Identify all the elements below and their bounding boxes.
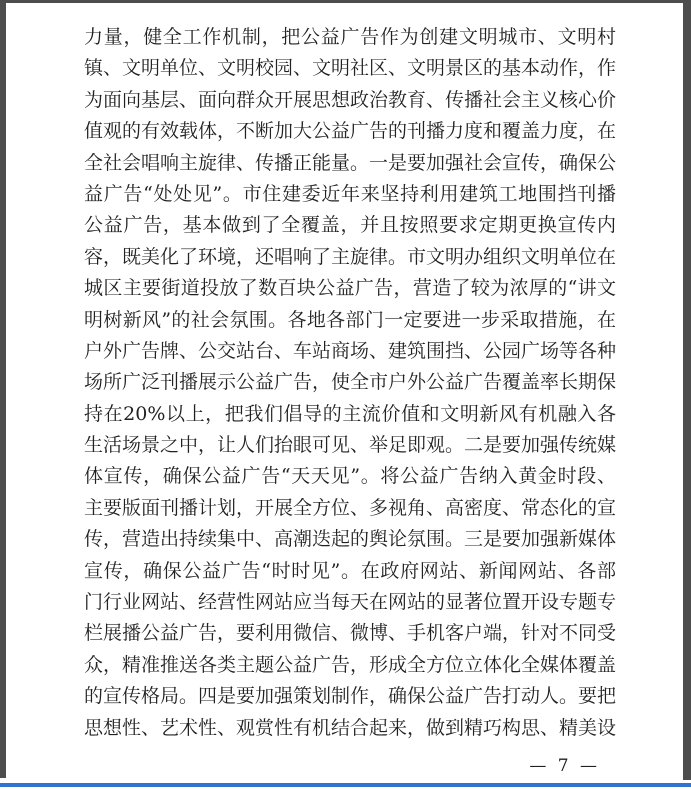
- text-line: 值观的有效载体，不断加大公益广告的刊播力度和覆盖力度，在: [84, 116, 616, 147]
- text-line: 镇、文明单位、文明校园、文明社区、文明景区的基本动作，作: [84, 53, 616, 84]
- page-edge-top: [0, 0, 691, 3]
- text-line: 体宣传，确保公益广告“天天见”。将公益广告纳入黄金时段、: [84, 461, 616, 492]
- text-line: 栏展播公益广告，要利用微信、微博、手机客户端，针对不同受: [84, 618, 616, 649]
- page-shadow-right: [683, 0, 691, 780]
- text-line: 持在20%以上，把我们倡导的主流价值和文明新风有机融入各类: [84, 399, 616, 430]
- page-number: — 7 —: [529, 756, 600, 776]
- text-line: 宣传，确保公益广告“时时见”。在政府网站、新闻网站、各部: [84, 556, 616, 587]
- text-line: 主要版面刊播计划，开展全方位、多视角、高密度、常态化的宣: [84, 493, 616, 524]
- text-line: 为面向基层、面向群众开展思想政治教育、传播社会主义核心价: [84, 85, 616, 116]
- text-line: 力量，健全工作机制，把公益广告作为创建文明城市、文明村: [84, 22, 616, 53]
- document-page: 力量，健全工作机制，把公益广告作为创建文明城市、文明村镇、文明单位、文明校园、文…: [0, 0, 691, 790]
- text-line: 户外广告牌、公交站台、车站商场、建筑围挡、公园广场等各种: [84, 336, 616, 367]
- text-line: 公益广告，基本做到了全覆盖，并且按照要求定期更换宣传内: [84, 210, 616, 241]
- bottom-blue-line: [0, 783, 691, 787]
- body-text: 力量，健全工作机制，把公益广告作为创建文明城市、文明村镇、文明单位、文明校园、文…: [84, 22, 616, 744]
- text-line: 全社会唱响主旋律、传播正能量。一是要加强社会宣传，确保公: [84, 148, 616, 179]
- text-line: 门行业网站、经营性网站应当每天在网站的显著位置开设专题专: [84, 587, 616, 618]
- text-line: 明树新风”的社会氛围。各地各部门一定要进一步采取措施，在: [84, 305, 616, 336]
- text-line: 城区主要街道投放了数百块公益广告，营造了较为浓厚的“讲文: [84, 273, 616, 304]
- text-line: 传，营造出持续集中、高潮迭起的舆论氛围。三是要加强新媒体: [84, 524, 616, 555]
- text-line: 众，精准推送各类主题公益广告，形成全方位立体化全媒体覆盖: [84, 650, 616, 681]
- text-line: 思想性、艺术性、观赏性有机结合起来，做到精巧构思、精美设: [84, 713, 616, 744]
- text-line: 生活场景之中，让人们抬眼可见、举足即观。二是要加强传统媒: [84, 430, 616, 461]
- page-shadow-left: [0, 0, 6, 778]
- text-lines: 力量，健全工作机制，把公益广告作为创建文明城市、文明村镇、文明单位、文明校园、文…: [84, 22, 616, 744]
- text-line: 的宣传格局。四是要加强策划制作，确保公益广告打动人。要把: [84, 681, 616, 712]
- text-line: 容，既美化了环境，还唱响了主旋律。市文明办组织文明单位在: [84, 242, 616, 273]
- text-line: 益广告“处处见”。市住建委近年来坚持利用建筑工地围挡刊播: [84, 179, 616, 210]
- text-line: 场所广泛刊播展示公益广告，使全市户外公益广告覆盖率长期保: [84, 367, 616, 398]
